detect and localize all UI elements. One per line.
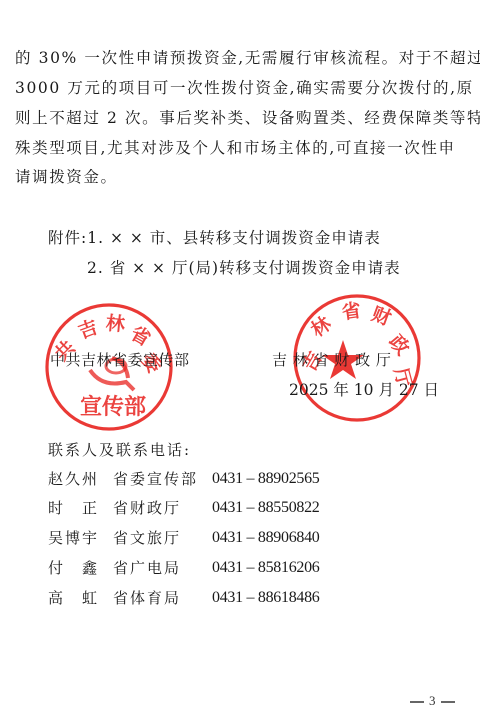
contact-dept: 省文旅厅	[113, 528, 181, 548]
signature-date: 2025 年 10 月 27 日	[289, 380, 439, 400]
attachment-item-1: 附件:1. × × 市、县转移支付调拨资金申请表	[48, 228, 381, 248]
contact-phone: 0431 – 85816206	[212, 558, 320, 578]
contact-dept: 省体育局	[113, 588, 181, 608]
page-number: 3	[405, 693, 460, 709]
body-line-3: 则上不超过 2 次。事后奖补类、设备购置类、经费保障类等特	[15, 108, 480, 128]
left-signature-org: 中共吉林省委宣传部	[50, 350, 190, 370]
svg-text:宣传部: 宣传部	[80, 394, 146, 420]
dash-decoration	[441, 701, 455, 703]
contact-name: 赵久州	[48, 469, 99, 489]
contact-name: 高 虹	[48, 588, 99, 608]
contact-phone: 0431 – 88906840	[212, 528, 320, 548]
contact-dept: 省委宣传部	[113, 469, 198, 489]
contact-name: 时 正	[48, 498, 99, 518]
attachment-label: 附件:	[48, 229, 87, 247]
body-line-1: 的 30% 一次性申请预拨资金,无需履行审核流程。对于不超过	[15, 48, 480, 68]
body-line-5: 请调拨资金。	[15, 167, 118, 187]
svg-text:林: 林	[105, 311, 127, 336]
contact-dept: 省财政厅	[113, 498, 181, 518]
contact-phone: 0431 – 88550822	[212, 498, 320, 518]
svg-text:吉: 吉	[75, 315, 101, 343]
contact-dept: 省广电局	[113, 558, 181, 578]
page-number-value: 3	[429, 693, 436, 708]
contact-phone: 0431 – 88618486	[212, 588, 320, 608]
contact-phone: 0431 – 88902565	[212, 469, 320, 489]
contact-name: 付 鑫	[48, 558, 99, 578]
attachment-item-2: 2. 省 × × 厅(局)转移支付调拨资金申请表	[87, 258, 401, 278]
body-line-4: 殊类型项目,尤其对涉及个人和市场主体的,可直接一次性申	[15, 138, 456, 158]
contacts-heading: 联系人及联系电话:	[48, 440, 191, 460]
svg-text:省: 省	[127, 321, 155, 350]
contact-name: 吴博宇	[48, 528, 99, 548]
svg-text:省: 省	[340, 299, 362, 324]
right-signature-org: 吉 林 省 财 政 厅	[272, 350, 391, 370]
dash-decoration	[410, 701, 424, 703]
body-line-2: 3000 万元的项目可一次性拨付资金,确实需要分次拨付的,原	[15, 78, 474, 98]
